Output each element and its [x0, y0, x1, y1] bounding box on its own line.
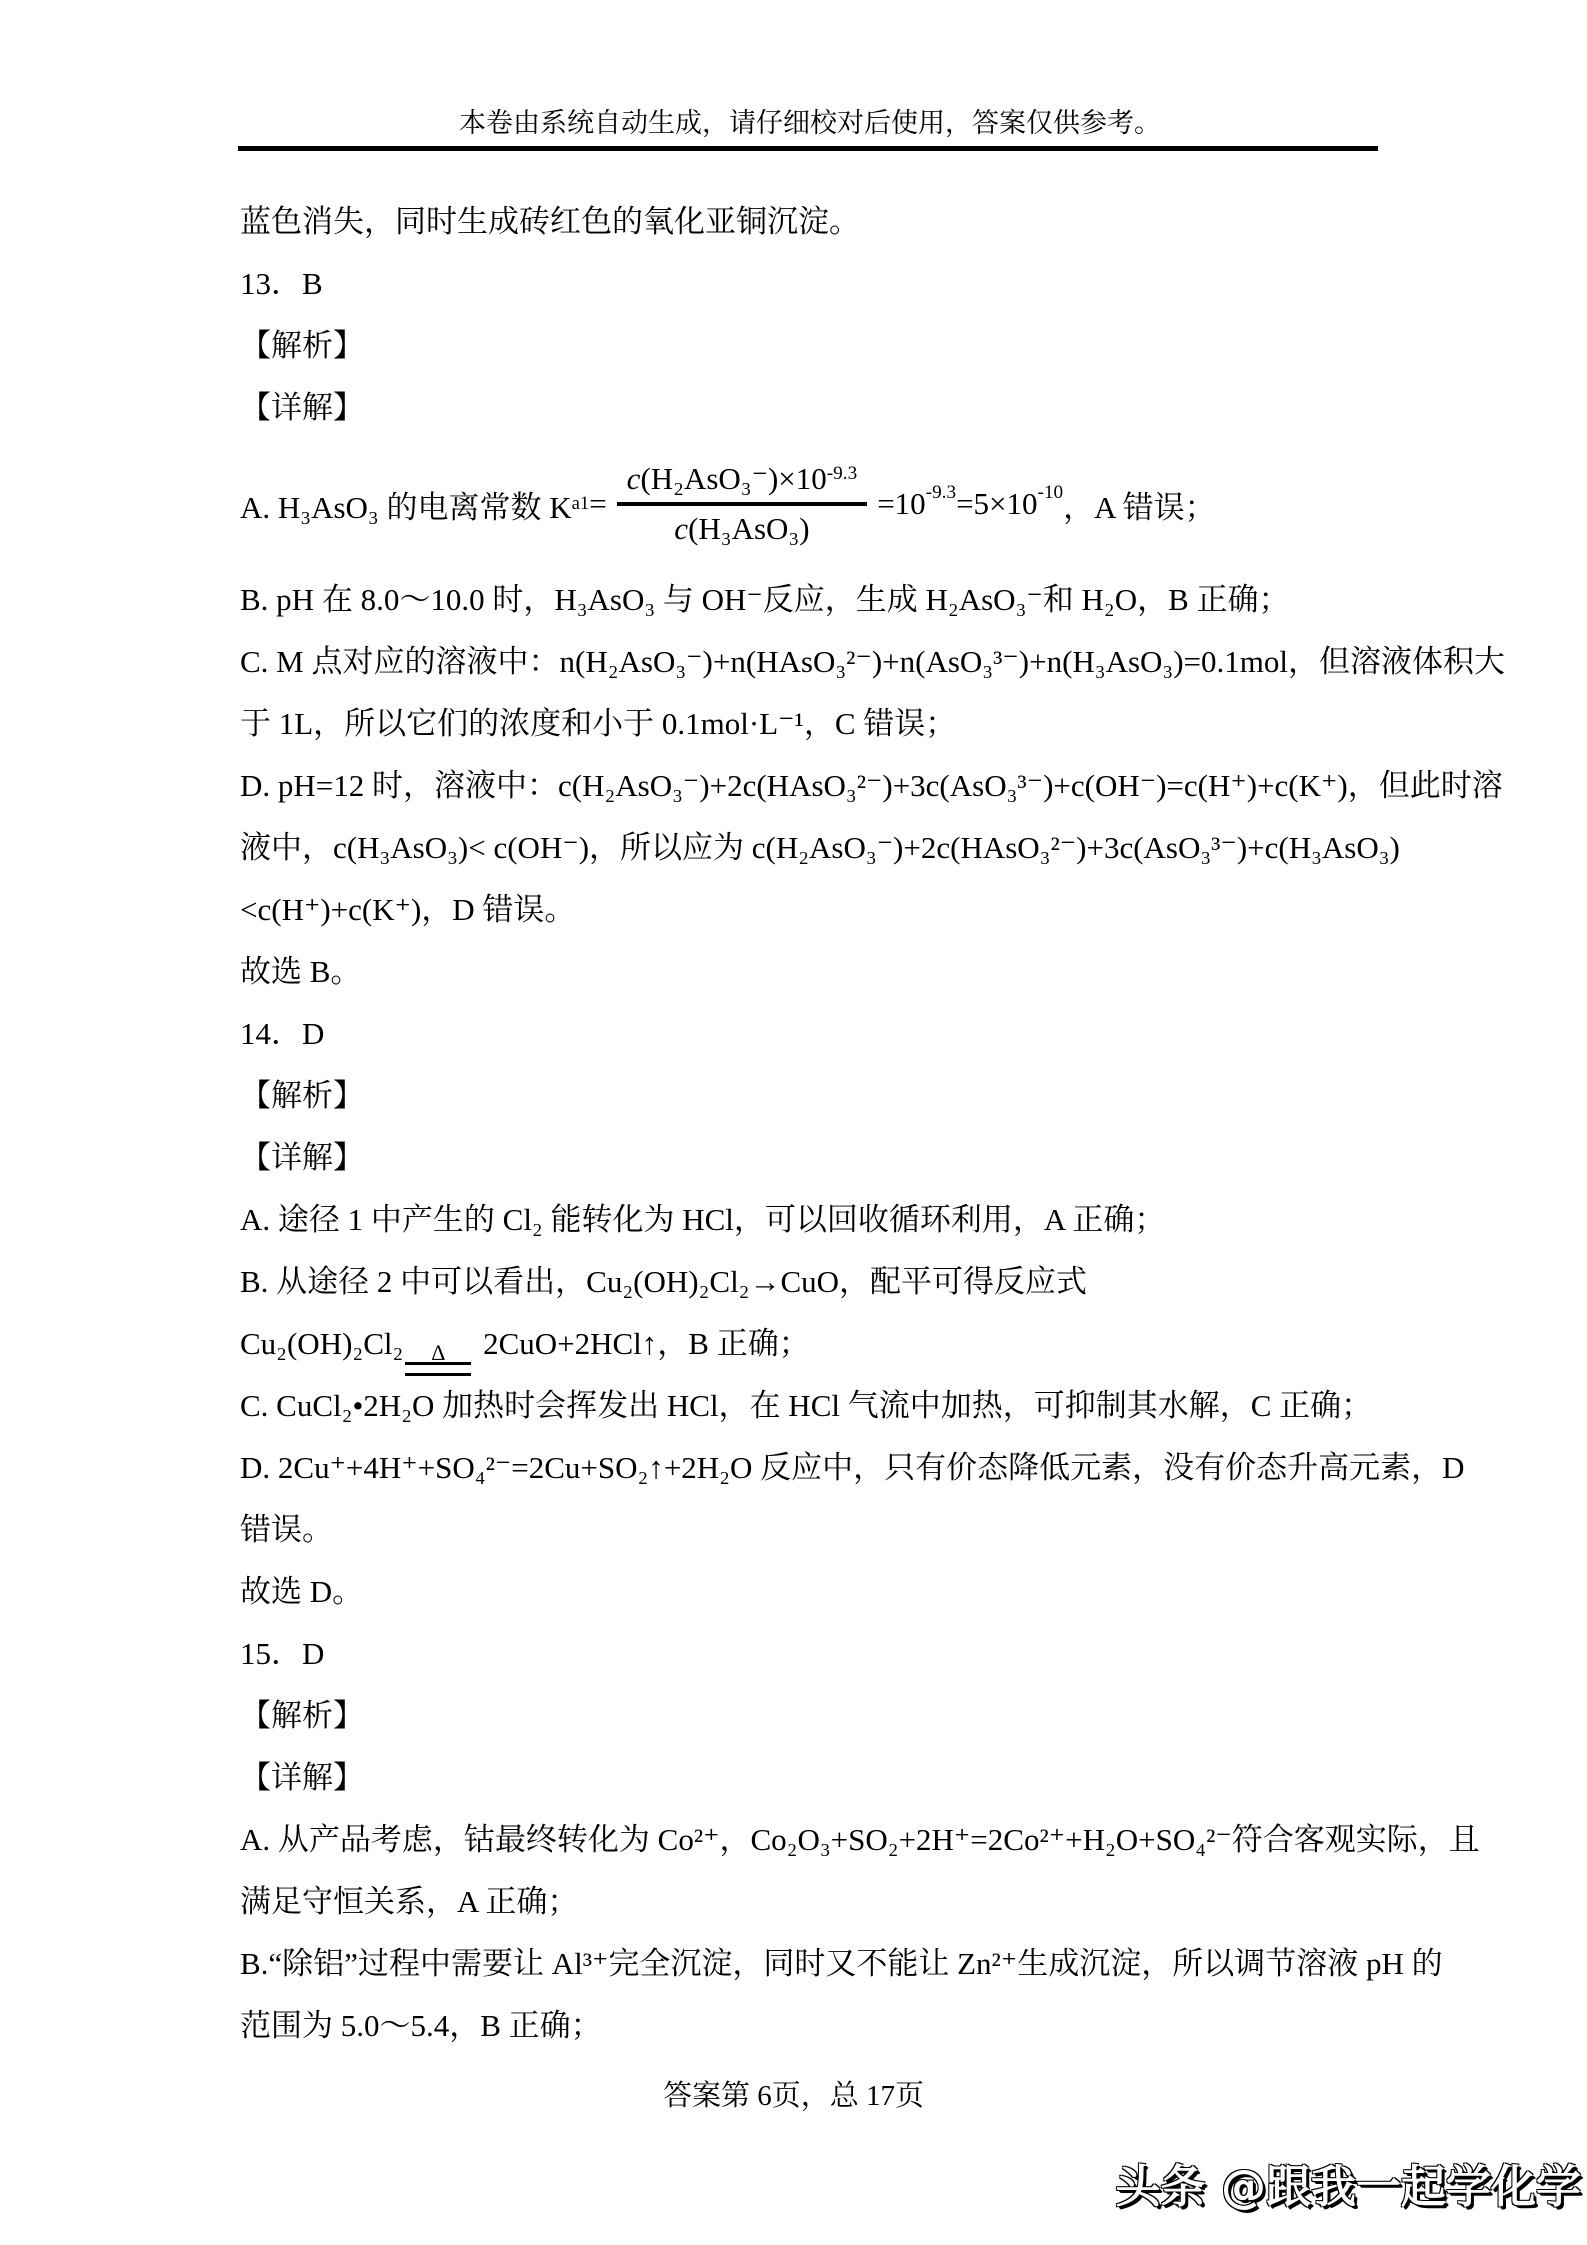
- ka-fraction: c(H₂AsO₃⁻)×10-9.3 c(H₃AsO₃): [617, 456, 868, 552]
- q14-detail-label: 【详解】: [240, 1127, 1380, 1189]
- q12-tail-text: 蓝色消失，同时生成砖红色的氧化亚铜沉淀。: [240, 191, 1380, 253]
- denominator-c-variable: c: [674, 511, 688, 546]
- q14-option-a-line: A. 途径 1 中产生的 Cl₂ 能转化为 HCl，可以回收循环利用，A 正确；: [240, 1189, 1380, 1251]
- q13-answer-line: 13．B: [240, 253, 1380, 315]
- fraction-numerator: c(H₂AsO₃⁻)×10-9.3: [617, 456, 868, 506]
- watermark-badge: 头条 @跟我一起学化学: [1115, 2162, 1581, 2212]
- q13-option-d-line-1: D. pH=12 时，溶液中：c(H₂AsO₃⁻)+2c(HAsO₃²⁻)+3c…: [240, 755, 1380, 817]
- delta-heat-icon: Δ: [431, 1345, 445, 1361]
- q13-analysis-label: 【解析】: [240, 315, 1380, 377]
- header-divider: [238, 146, 1378, 151]
- numerator-c-variable: c: [627, 461, 641, 496]
- q14-option-b-equation-line: Cu₂(OH)₂Cl₂Δ 2CuO+2HCl↑，B 正确；: [240, 1313, 1380, 1375]
- q13-a-prefix: A. H₃AsO₃ 的电离常数 K: [240, 482, 572, 527]
- q13-a-k-subscript: a1: [572, 493, 590, 515]
- equation-rhs: 2CuO+2HCl↑，B 正确；: [483, 1326, 810, 1361]
- q13-a-suffix: ，A 错误；: [1063, 482, 1215, 527]
- q14-answer-line: 14．D: [240, 1003, 1380, 1065]
- q15-option-a-line-2: 满足守恒关系，A 正确；: [240, 1871, 1380, 1933]
- q13-conclusion-line: 故选 B。: [240, 941, 1380, 1003]
- q14-analysis-label: 【解析】: [240, 1065, 1380, 1127]
- fraction-denominator: c(H₃AsO₃): [664, 506, 819, 552]
- q13-option-b-line: B. pH 在 8.0～10.0 时，H₃AsO₃ 与 OH⁻反应，生成 H₂A…: [240, 569, 1380, 631]
- q15-answer-line: 15．D: [240, 1623, 1380, 1685]
- numerator-body: (H₂AsO₃⁻)×10: [640, 461, 826, 496]
- q13-option-c-line-2: 于 1L，所以它们的浓度和小于 0.1mol·L⁻¹，C 错误；: [240, 693, 1380, 755]
- equation-lhs: Cu₂(OH)₂Cl₂: [240, 1326, 403, 1361]
- q14-option-d-line-2: 错误。: [240, 1499, 1380, 1561]
- q14-conclusion-line: 故选 D。: [240, 1561, 1380, 1623]
- double-line-bar: [405, 1362, 471, 1376]
- q13-option-d-line-3: <c(H⁺)+c(K⁺)，D 错误。: [240, 879, 1380, 941]
- q13-option-d-line-2: 液中，c(H₃AsO₃)< c(OH⁻)，所以应为 c(H₂AsO₃⁻)+2c(…: [240, 817, 1380, 879]
- q14-option-c-line: C. CuCl₂•2H₂O 加热时会挥发出 HCl，在 HCl 气流中加热，可抑…: [240, 1375, 1380, 1437]
- q13-option-a-formula-line: A. H₃AsO₃ 的电离常数 Ka1= c(H₂AsO₃⁻)×10-9.3 c…: [240, 439, 1380, 569]
- page-footer: 答案第 6页，总 17页: [0, 2076, 1587, 2116]
- q14-option-d-line-1: D. 2Cu⁺+4H⁺+SO₄²⁻=2Cu+SO₂↑+2H₂O 反应中，只有价态…: [240, 1437, 1380, 1499]
- q13-a-rhs2: =5×10: [956, 486, 1037, 522]
- denominator-body: (H₃AsO₃): [688, 511, 810, 546]
- q13-a-rhs1-exponent: -9.3: [926, 482, 956, 504]
- q15-option-b-line-2: 范围为 5.0～5.4，B 正确；: [240, 1995, 1380, 2057]
- q15-option-b-line-1: B.“除铝”过程中需要让 Al³⁺完全沉淀，同时又不能让 Zn²⁺生成沉淀，所以…: [240, 1933, 1380, 1995]
- q15-analysis-label: 【解析】: [240, 1685, 1380, 1747]
- document-page: 本卷由系统自动生成，请仔细校对后使用，答案仅供参考。 蓝色消失，同时生成砖红色的…: [0, 0, 1587, 2245]
- q15-detail-label: 【详解】: [240, 1747, 1380, 1809]
- q14-option-b-line-1: B. 从途径 2 中可以看出，Cu₂(OH)₂Cl₂→CuO，配平可得反应式: [240, 1251, 1380, 1313]
- q13-a-rhs2-exponent: -10: [1038, 482, 1064, 504]
- q15-option-a-line-1: A. 从产品考虑，钴最终转化为 Co²⁺，Co₂O₃+SO₂+2H⁺=2Co²⁺…: [240, 1809, 1380, 1871]
- q13-option-c-line-1: C. M 点对应的溶液中：n(H₂AsO₃⁻)+n(HAsO₃²⁻)+n(AsO…: [240, 631, 1380, 693]
- q13-detail-label: 【详解】: [240, 377, 1380, 439]
- q13-a-equals: =: [589, 486, 606, 522]
- q13-a-rhs1: =10: [877, 486, 925, 522]
- heat-condition-symbol: Δ: [405, 1345, 471, 1376]
- answer-content: 蓝色消失，同时生成砖红色的氧化亚铜沉淀。 13．B 【解析】 【详解】 A. H…: [240, 191, 1380, 2057]
- numerator-exponent: -9.3: [827, 463, 857, 484]
- header-notice: 本卷由系统自动生成，请仔细校对后使用，答案仅供参考。: [240, 106, 1380, 140]
